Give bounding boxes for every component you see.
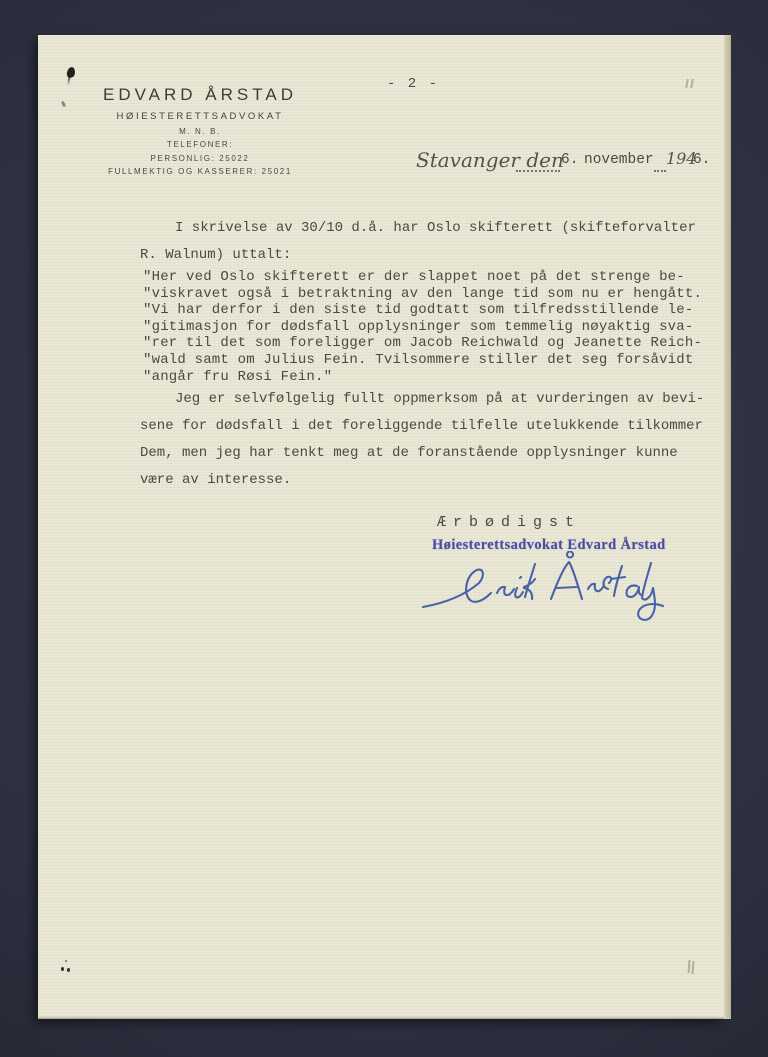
dateline-month: november	[584, 152, 654, 168]
quoted-block: "Her ved Oslo skifterett er der slappet …	[143, 269, 728, 385]
text-line: R. Walnum) uttalt:	[140, 242, 725, 269]
letterhead-name: EDVARD ÅRSTAD	[66, 85, 334, 105]
signature	[419, 551, 669, 631]
valediction: Ærbødigst	[437, 514, 581, 531]
text-line: være av interesse.	[140, 467, 725, 494]
ink-speck	[65, 960, 67, 962]
ink-speck	[61, 967, 64, 971]
pencil-mark-bottom-right	[692, 961, 694, 974]
dateline: Stavanger den 6. november 194 6.	[416, 145, 716, 179]
quote-line: "viskravet også i betraktning av den lan…	[143, 286, 728, 303]
quote-line: "Vi har derfor i den siste tid godtatt s…	[143, 302, 728, 319]
ink-speck	[67, 968, 70, 972]
dateline-year-typed: 6.	[693, 152, 710, 168]
quote-line: "Her ved Oslo skifterett er der slappet …	[143, 269, 728, 286]
text-line: I skrivelse av 30/10 d.å. har Oslo skift…	[140, 215, 725, 242]
quote-line: "rer til det som foreligger om Jacob Rei…	[143, 335, 728, 352]
letterhead-phones-label: TELEFONER:	[66, 140, 334, 149]
pencil-mark-bottom-right	[688, 960, 690, 973]
letterhead: EDVARD ÅRSTAD HØIESTERETTSADVOKAT M. N. …	[66, 85, 334, 176]
dateline-dotted-rule	[654, 170, 666, 172]
letterhead-phone-personal: PERSONLIG: 25022	[66, 154, 334, 163]
pencil-mark-top-right	[690, 79, 693, 88]
letterhead-membership: M. N. B.	[66, 127, 334, 136]
paragraph-1: I skrivelse av 30/10 d.å. har Oslo skift…	[140, 215, 725, 269]
text-line: sene for dødsfall i det foreliggende til…	[140, 413, 725, 440]
text-line: Jeg er selvfølgelig fullt oppmerksom på …	[140, 386, 725, 413]
letterhead-title: HØIESTERETTSADVOKAT	[66, 111, 334, 122]
text-line: Dem, men jeg har tenkt meg at de foranst…	[140, 440, 725, 467]
quote-line: "wald samt om Julius Fein. Tvilsommere s…	[143, 352, 728, 369]
pencil-mark-top-right	[685, 79, 688, 88]
paragraph-2: Jeg er selvfølgelig fullt oppmerksom på …	[140, 386, 725, 494]
ink-blot	[66, 66, 75, 78]
quote-line: "gitimasjon for dødsfall opplysninger so…	[143, 319, 728, 336]
letter-page: EDVARD ÅRSTAD HØIESTERETTSADVOKAT M. N. …	[38, 35, 724, 1019]
dateline-day: 6.	[561, 152, 578, 168]
letterhead-phone-clerk: FULLMEKTIG OG KASSERER: 25021	[66, 167, 334, 176]
dateline-year-printed: 194	[666, 149, 697, 168]
page-number: - 2 -	[368, 76, 458, 92]
dateline-place: Stavanger den	[416, 148, 564, 172]
quote-line: "angår fru Røsi Fein."	[143, 369, 728, 386]
